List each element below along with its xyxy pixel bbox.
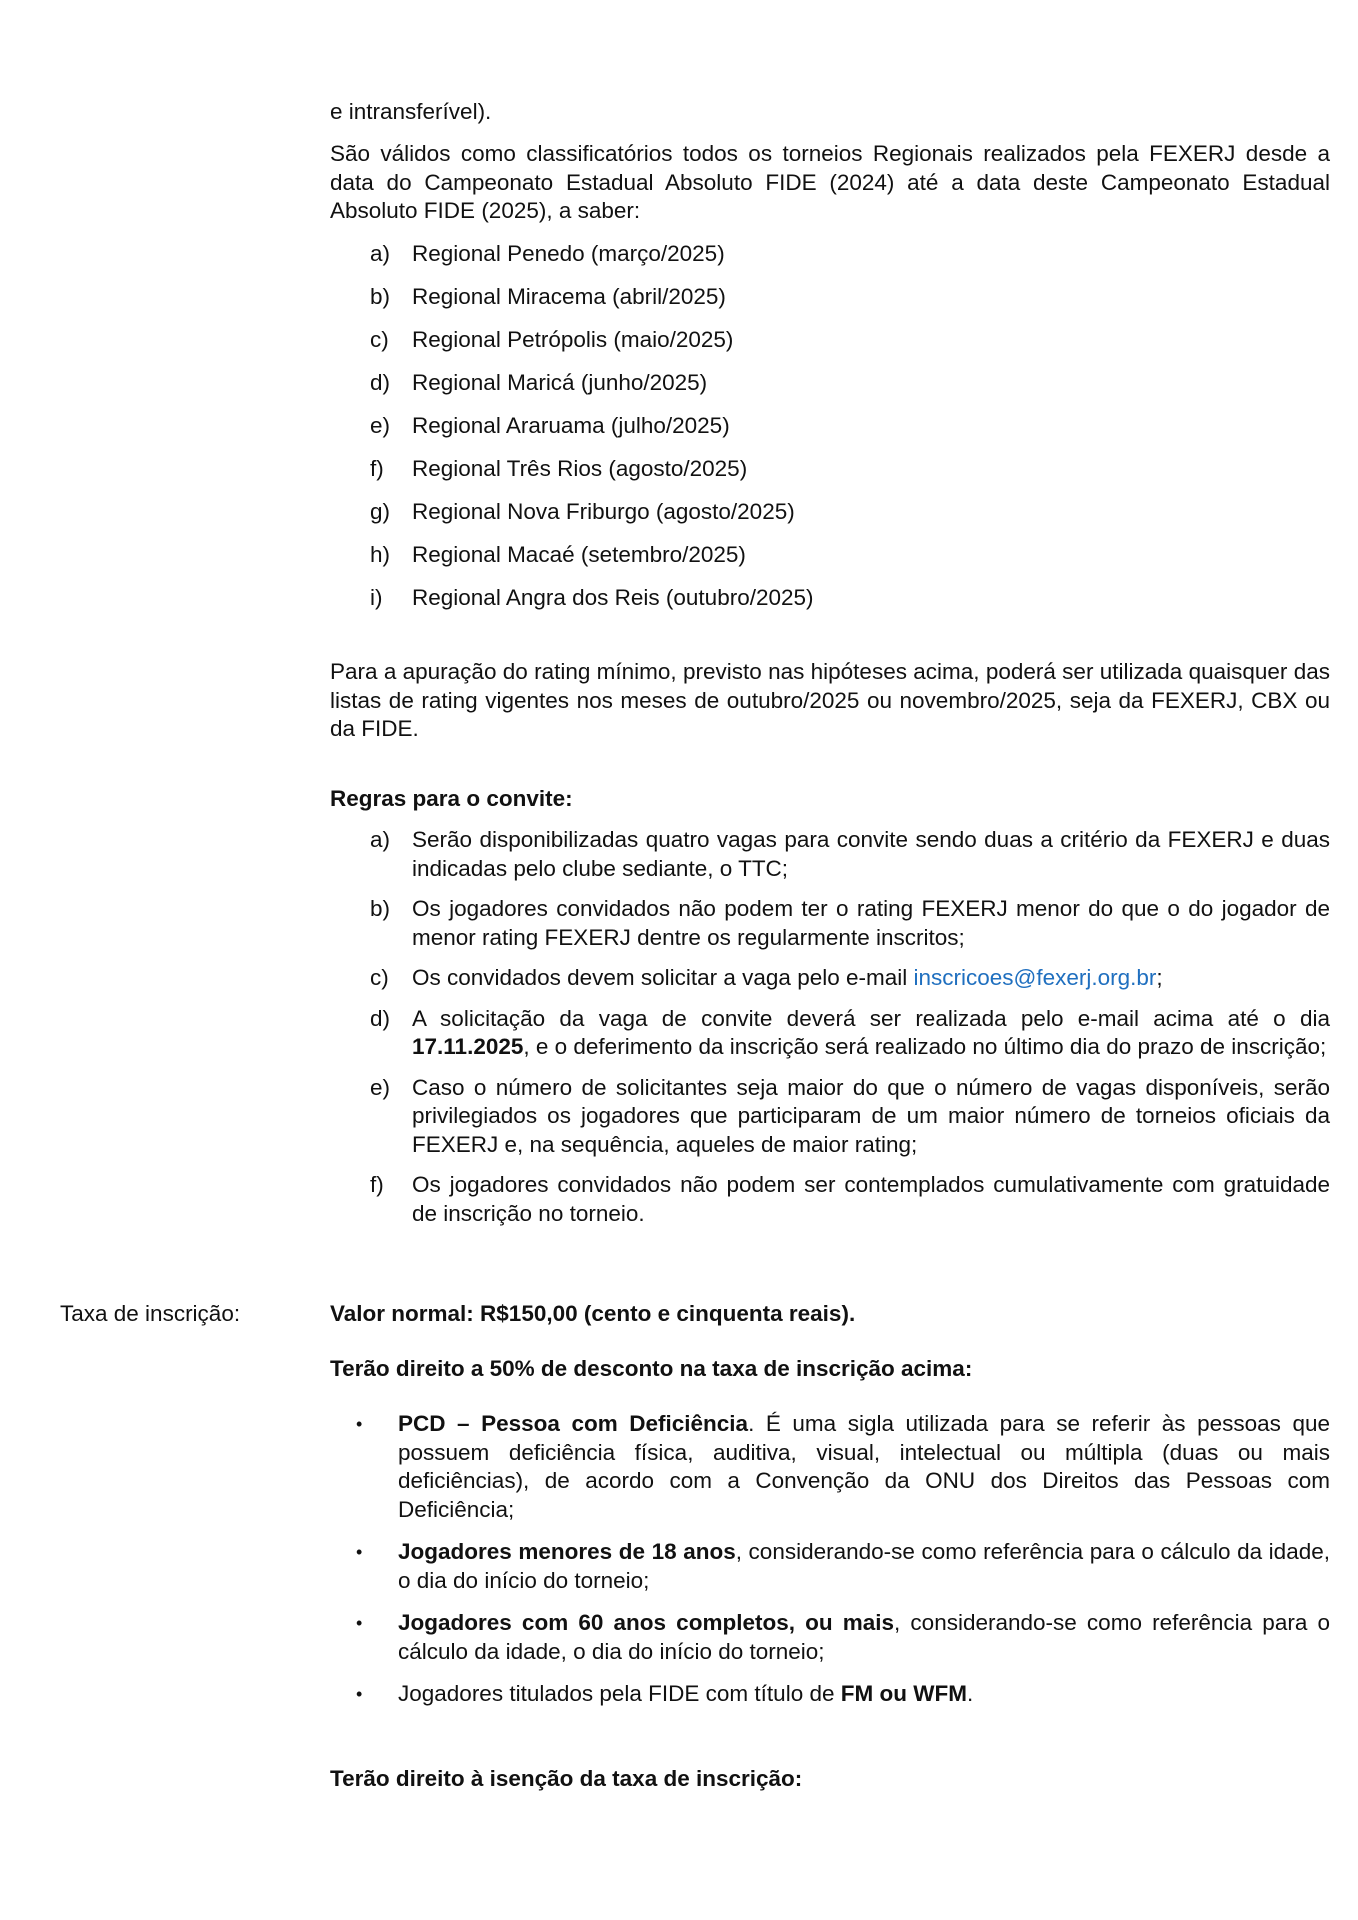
invite-rule-text: Os jogadores convidados não podem ter o …: [412, 896, 1330, 950]
regionals-list: a)Regional Penedo (março/2025)b)Regional…: [370, 240, 1330, 627]
discount-item-titled: • Jogadores titulados pela FIDE com títu…: [352, 1680, 1330, 1709]
regional-item: c)Regional Petrópolis (maio/2025): [370, 326, 1330, 355]
discount-item-text: Jogadores titulados pela FIDE com título…: [398, 1681, 841, 1706]
discount-item-minors: • Jogadores menores de 18 anos, consider…: [352, 1538, 1330, 1595]
list-marker: a): [370, 826, 390, 855]
valid-tournaments-paragraph: São válidos como classificatórios todos …: [330, 140, 1330, 226]
fee-normal-value: Valor normal: R$150,00 (cento e cinquent…: [330, 1300, 1330, 1329]
list-marker: d): [370, 369, 390, 398]
regional-item: f)Regional Três Rios (agosto/2025): [370, 455, 1330, 484]
invite-rules-heading: Regras para o convite:: [330, 785, 1330, 814]
discount-item-title: FM ou WFM: [841, 1681, 967, 1706]
invite-rule-text: Os jogadores convidados não podem ser co…: [412, 1172, 1330, 1226]
bullet-icon: •: [356, 1538, 362, 1567]
exemption-heading: Terão direito à isenção da taxa de inscr…: [330, 1765, 1330, 1794]
discount-item-title: Jogadores menores de 18 anos: [398, 1539, 736, 1564]
regional-name: Regional Macaé (setembro/2025): [412, 542, 746, 567]
list-marker: d): [370, 1005, 390, 1034]
invite-rules-list: a) Serão disponibilizadas quatro vagas p…: [370, 826, 1330, 1228]
list-marker: i): [370, 584, 383, 613]
regional-item: d)Regional Maricá (junho/2025): [370, 369, 1330, 398]
list-marker: c): [370, 326, 389, 355]
list-marker: f): [370, 455, 384, 484]
invite-rule-c: c) Os convidados devem solicitar a vaga …: [370, 964, 1330, 993]
regional-item: g)Regional Nova Friburgo (agosto/2025): [370, 498, 1330, 527]
invite-rule-a: a) Serão disponibilizadas quatro vagas p…: [370, 826, 1330, 883]
discount-item-pcd: • PCD – Pessoa com Deficiência. É uma si…: [352, 1410, 1330, 1524]
list-marker: b): [370, 283, 390, 312]
invite-rule-text: Caso o número de solicitantes seja maior…: [412, 1075, 1330, 1157]
rating-paragraph: Para a apuração do rating mínimo, previs…: [330, 658, 1330, 744]
regional-name: Regional Três Rios (agosto/2025): [412, 456, 747, 481]
discount-heading: Terão direito a 50% de desconto na taxa …: [330, 1355, 1330, 1384]
regional-name: Regional Miracema (abril/2025): [412, 284, 726, 309]
invite-rule-text: A solicitação da vaga de convite deverá …: [412, 1006, 1330, 1031]
invite-rule-f: f) Os jogadores convidados não podem ser…: [370, 1171, 1330, 1228]
regional-name: Regional Araruama (julho/2025): [412, 413, 730, 438]
list-marker: e): [370, 1074, 390, 1103]
invite-rule-d: d) A solicitação da vaga de convite deve…: [370, 1005, 1330, 1062]
invite-rule-text: , e o deferimento da inscrição será real…: [523, 1034, 1326, 1059]
discount-item-seniors: • Jogadores com 60 anos completos, ou ma…: [352, 1609, 1330, 1666]
email-link[interactable]: inscricoes@fexerj.org.br: [914, 965, 1157, 990]
invite-rule-text: Serão disponibilizadas quatro vagas para…: [412, 827, 1330, 881]
invite-rule-text: ;: [1156, 965, 1162, 990]
regional-item: e)Regional Araruama (julho/2025): [370, 412, 1330, 441]
bullet-icon: •: [356, 1410, 362, 1439]
list-marker: a): [370, 240, 390, 269]
list-marker: h): [370, 541, 390, 570]
regional-item: i)Regional Angra dos Reis (outubro/2025): [370, 584, 1330, 613]
intro-tail-text: e intransferível).: [330, 98, 1330, 127]
discount-list: • PCD – Pessoa com Deficiência. É uma si…: [352, 1410, 1330, 1709]
deadline-date: 17.11.2025: [412, 1034, 523, 1059]
regional-name: Regional Petrópolis (maio/2025): [412, 327, 733, 352]
invite-rule-b: b) Os jogadores convidados não podem ter…: [370, 895, 1330, 952]
regional-name: Regional Penedo (março/2025): [412, 241, 725, 266]
list-marker: b): [370, 895, 390, 924]
bullet-icon: •: [356, 1609, 362, 1638]
fee-label: Taxa de inscrição:: [60, 1300, 240, 1329]
discount-item-title: PCD – Pessoa com Deficiência: [398, 1411, 748, 1436]
regional-name: Regional Angra dos Reis (outubro/2025): [412, 585, 814, 610]
discount-item-text: .: [967, 1681, 973, 1706]
list-marker: c): [370, 964, 389, 993]
invite-rule-text: Os convidados devem solicitar a vaga pel…: [412, 965, 914, 990]
list-marker: e): [370, 412, 390, 441]
regional-item: h)Regional Macaé (setembro/2025): [370, 541, 1330, 570]
regional-item: b)Regional Miracema (abril/2025): [370, 283, 1330, 312]
list-marker: f): [370, 1171, 384, 1200]
invite-rule-e: e) Caso o número de solicitantes seja ma…: [370, 1074, 1330, 1160]
regional-name: Regional Maricá (junho/2025): [412, 370, 707, 395]
list-marker: g): [370, 498, 390, 527]
bullet-icon: •: [356, 1680, 362, 1709]
regional-name: Regional Nova Friburgo (agosto/2025): [412, 499, 795, 524]
regional-item: a)Regional Penedo (março/2025): [370, 240, 1330, 269]
discount-item-title: Jogadores com 60 anos completos, ou mais: [398, 1610, 894, 1635]
